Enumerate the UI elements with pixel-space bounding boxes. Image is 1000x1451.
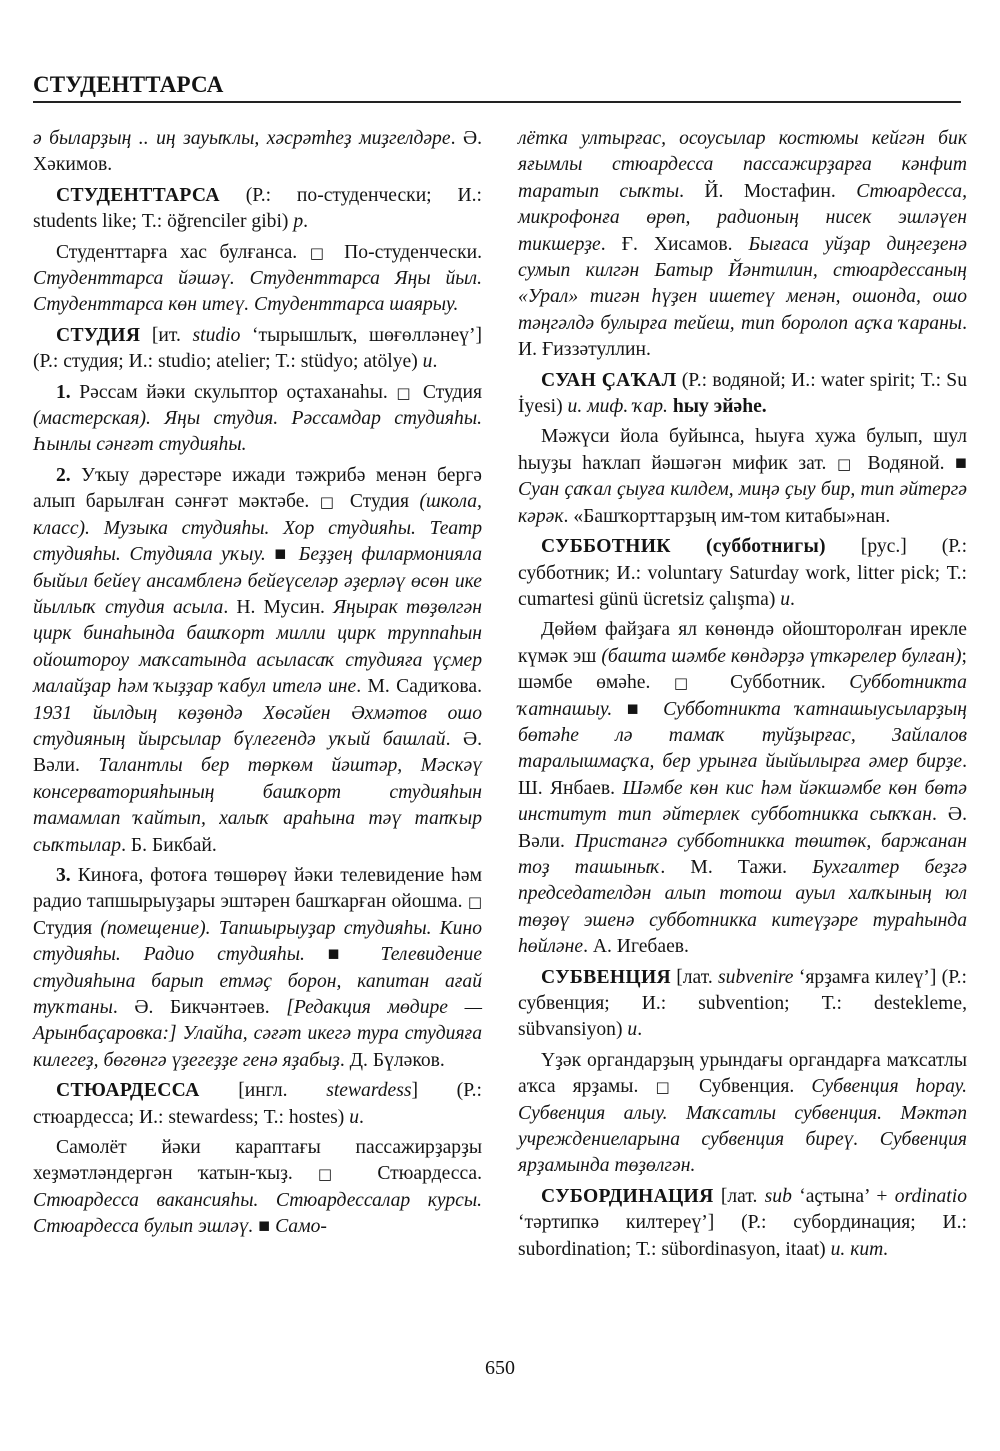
header-rule bbox=[33, 101, 961, 103]
text-bold: ■ bbox=[328, 944, 358, 965]
text-roman: Студия bbox=[339, 491, 419, 512]
square-marker-icon: □ bbox=[320, 493, 340, 511]
text-roman: . «Башҡорттарҙың им-том китабы»нан. bbox=[564, 506, 891, 527]
text-bold: 2. bbox=[56, 465, 71, 486]
text-roman: Стюардесса. bbox=[352, 1163, 482, 1184]
entry-paragraph: Мәжүси йола буйынса, һыуға хужа булып, ш… bbox=[518, 424, 967, 530]
text-italic: Студенттарса йәшәү. Студенттарса Яңы йыл… bbox=[33, 268, 482, 315]
entry-paragraph: 3. Киноға, фотоға төшөрөү йәки телевиден… bbox=[33, 863, 482, 1074]
entry-paragraph: ә быларҙың .. иң зауыҡлы, хәсрәтһеҙ миҙг… bbox=[33, 126, 482, 179]
square-marker-icon: □ bbox=[318, 1165, 352, 1183]
text-bold: ■ bbox=[627, 699, 649, 720]
square-marker-icon: □ bbox=[396, 384, 414, 402]
text-italic: и. кит. bbox=[831, 1239, 889, 1260]
dictionary-entry: СУАН ҪАҠАЛ (Р.: водяной; И.: water spiri… bbox=[518, 368, 967, 421]
text-bold: ■ bbox=[258, 1216, 270, 1237]
entry-paragraph: Үҙәк органдарҙың урындағы органдарға маҡ… bbox=[518, 1048, 967, 1180]
text-roman: . Н. Мусин. bbox=[223, 597, 333, 618]
square-marker-icon: □ bbox=[674, 674, 707, 692]
headword: СТУДИЯ bbox=[56, 325, 140, 346]
text-roman: . bbox=[432, 351, 437, 372]
text-roman: . Ғ. Хисамов. bbox=[601, 234, 749, 255]
entry-paragraph: 1. Рәссам йәки скульптор оҫтаханаһы. □ С… bbox=[33, 380, 482, 459]
entry-paragraph: Самолёт йәки караптағы пассажирҙарҙы хеҙ… bbox=[33, 1135, 482, 1241]
text-roman: . Б. Бикбай. bbox=[121, 835, 217, 856]
text-bold: 3. bbox=[56, 865, 71, 886]
text-roman: . bbox=[790, 589, 795, 610]
text-italic: Само- bbox=[270, 1216, 327, 1237]
text-roman: ‘тәртипкә килтереү’] (Р.: субординация; … bbox=[518, 1212, 967, 1259]
square-marker-icon: □ bbox=[310, 244, 332, 262]
text-italic: и. миф. ҡар. bbox=[568, 396, 668, 417]
text-roman: . bbox=[303, 211, 308, 232]
right-column: лётка ултырғас, осоусылар костюмы кейгән… bbox=[518, 126, 967, 1263]
text-italic: и bbox=[423, 351, 433, 372]
text-roman: Киноға, фотоға төшөрөү йәки телевидение … bbox=[33, 865, 482, 912]
headword: СУББОТНИК (субботнигы) bbox=[541, 536, 826, 557]
text-roman: Водяной. bbox=[857, 453, 955, 474]
text-italic: р bbox=[293, 211, 303, 232]
text-italic: ordinatio bbox=[895, 1186, 967, 1207]
text-roman: . Й. Мостафин. bbox=[679, 181, 856, 202]
text-bold: ■ bbox=[274, 544, 290, 565]
text-roman: Рәссам йәки скульптор оҫтаханаһы. bbox=[71, 382, 397, 403]
headword: СТУДЕНТТАРСА bbox=[56, 185, 220, 206]
entry-paragraph: лётка ултырғас, осоусылар костюмы кейгән… bbox=[518, 126, 967, 364]
text-roman: Субвенция. bbox=[682, 1076, 812, 1097]
text-roman: . Д. Бүләков. bbox=[340, 1050, 445, 1071]
text-italic: studio bbox=[193, 325, 241, 346]
text-italic: stewardess bbox=[326, 1080, 411, 1101]
dictionary-entry: СУБОРДИНАЦИЯ [лат. sub ‘аҫтына’ + ordina… bbox=[518, 1184, 967, 1263]
text-roman: . bbox=[637, 1019, 642, 1040]
headword: СУБОРДИНАЦИЯ bbox=[541, 1186, 714, 1207]
entry-paragraph: Дөйөм файҙаға ял көнөндә ойошторолған ир… bbox=[518, 617, 967, 960]
text-roman: [лат. bbox=[671, 967, 718, 988]
text-italic: (башта шәмбе көндәрҙә үткәрелер булған) bbox=[601, 646, 961, 667]
dictionary-entry: СУБВЕНЦИЯ [лат. subvenire ‘ярҙамға килеү… bbox=[518, 965, 967, 1044]
text-roman: . А. Игебаев. bbox=[583, 936, 689, 957]
text-roman: Субботник. bbox=[707, 672, 850, 693]
text-bold: һыу эйәһе. bbox=[673, 396, 767, 417]
page-number: 650 bbox=[0, 1357, 1000, 1380]
headword: СТЮАРДЕССА bbox=[56, 1080, 200, 1101]
left-column: ә быларҙың .. иң зауыҡлы, хәсрәтһеҙ миҙг… bbox=[33, 126, 482, 1241]
square-marker-icon: □ bbox=[655, 1078, 681, 1096]
text-italic: subvenire bbox=[718, 967, 793, 988]
text-italic: (мастерская). Яңы студия. Рәссамдар студ… bbox=[33, 408, 482, 455]
text-italic: и bbox=[780, 589, 790, 610]
text-roman: . М. Тажи. bbox=[660, 857, 812, 878]
square-marker-icon: □ bbox=[837, 455, 857, 473]
text-roman: [ингл. bbox=[200, 1080, 327, 1101]
text-bold: 1. bbox=[56, 382, 71, 403]
text-roman: ‘аҫтына’ + bbox=[792, 1186, 895, 1207]
text-roman: . bbox=[359, 1107, 364, 1128]
text-italic: и bbox=[627, 1019, 637, 1040]
dictionary-entry: СТУДЕНТТАРСА (Р.: по-студенчески; И.: st… bbox=[33, 183, 482, 236]
text-roman: Студия bbox=[414, 382, 482, 403]
entry-paragraph: 2. Уҡыу дәрестәре ижади тәжрибә менән бе… bbox=[33, 463, 482, 859]
dictionary-entry: СТЮАРДЕССА [ингл. stewardess] (Р.: стюар… bbox=[33, 1078, 482, 1131]
headword: СУАН ҪАҠАЛ bbox=[541, 370, 676, 391]
square-marker-icon: □ bbox=[468, 893, 482, 911]
text-bold: ■ bbox=[955, 453, 967, 474]
headword: СУБВЕНЦИЯ bbox=[541, 967, 671, 988]
text-roman: . Ә. Бикчәнтәев. bbox=[113, 997, 286, 1018]
text-roman: Студия bbox=[33, 918, 100, 939]
dictionary-entry: СТУДИЯ [ит. studio ‘тырышлыҡ, шөғөлләнеү… bbox=[33, 323, 482, 376]
text-italic: Талантлы бер төркөм йәштәр, Мәскәү консе… bbox=[33, 755, 482, 855]
entry-paragraph: Студенттарға хас булғанса. □ По-студенче… bbox=[33, 240, 482, 319]
text-roman: По-студенчески. bbox=[332, 242, 482, 263]
text-italic: 1931 йылдың көҙөндә Хөсәйен Әхмәтов ошо … bbox=[33, 703, 482, 750]
running-head: СТУДЕНТТАРСА bbox=[33, 72, 224, 98]
dictionary-entry: СУББОТНИК (субботнигы) [рус.] (Р.: суббо… bbox=[518, 534, 967, 613]
text-italic: sub bbox=[765, 1186, 792, 1207]
text-italic: и bbox=[349, 1107, 359, 1128]
text-roman: . М. Садиҡова. bbox=[356, 676, 482, 697]
text-roman: Студенттарға хас булғанса. bbox=[56, 242, 310, 263]
text-roman: [лат. bbox=[714, 1186, 765, 1207]
text-roman: [ит. bbox=[140, 325, 192, 346]
text-italic: ә быларҙың .. иң зауыҡлы, хәсрәтһеҙ миҙг… bbox=[33, 128, 451, 149]
